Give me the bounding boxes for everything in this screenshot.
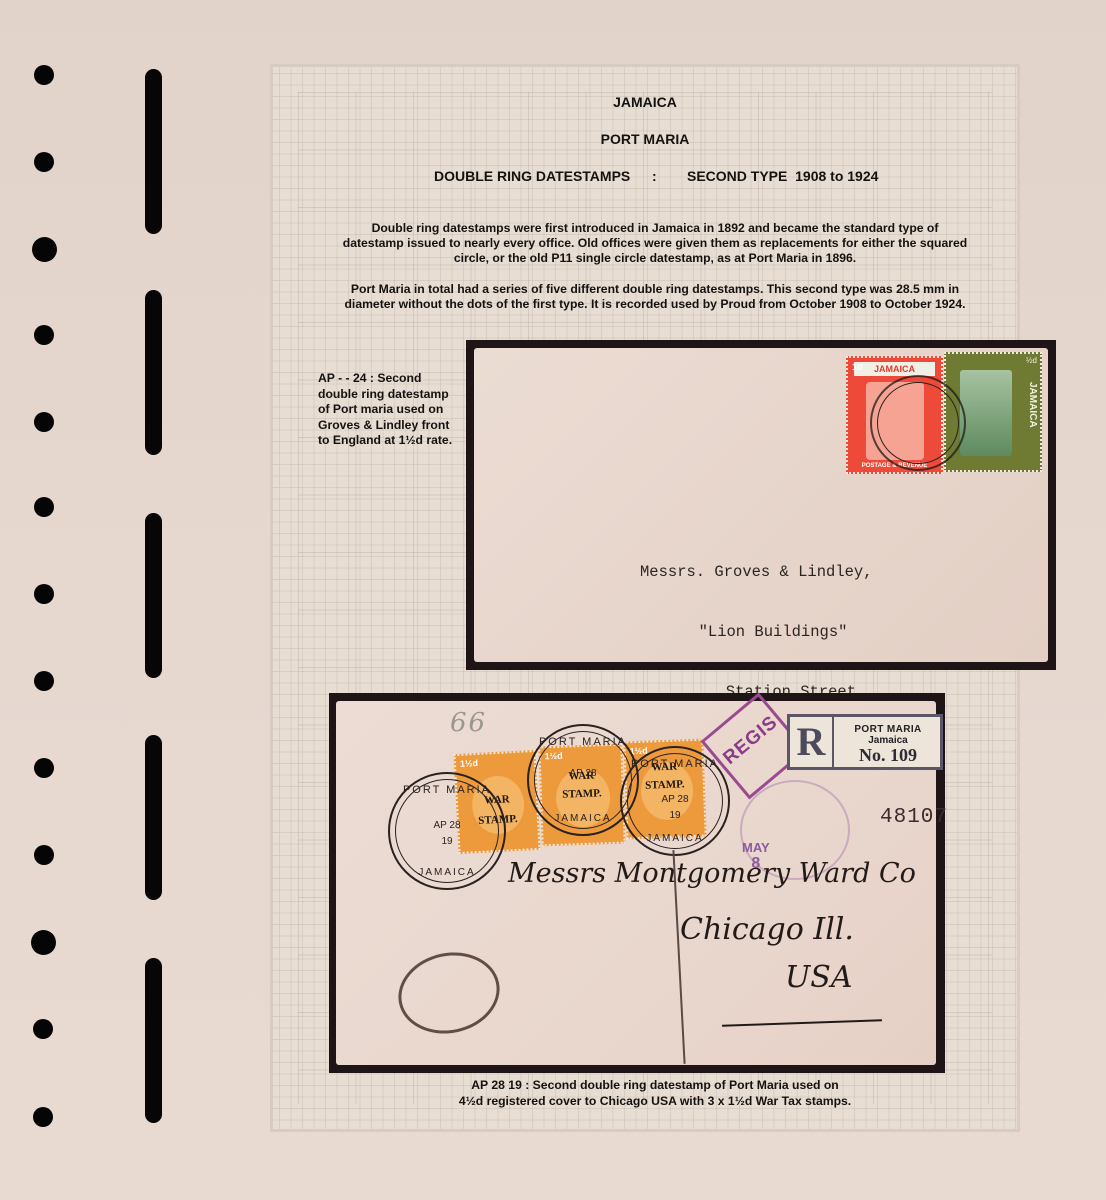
page-subtitle: PORT MARIA (270, 131, 1020, 147)
binder-hole (34, 325, 54, 345)
caption-line: double ring datestamp (318, 387, 478, 403)
caption-line: Groves & Lindley front (318, 418, 478, 434)
postmark (870, 375, 966, 471)
binder-slot (145, 69, 162, 234)
binder-hole (34, 497, 54, 517)
postmark-country: JAMAICA (622, 833, 728, 844)
page-title: JAMAICA (270, 94, 1020, 110)
binder-hole (34, 845, 54, 865)
postmark-date: AP 28 (529, 768, 637, 779)
stamp-value: 1½d (460, 758, 479, 769)
binder-hole (34, 65, 54, 85)
binder-hole (31, 930, 56, 955)
stamp-vignette (960, 370, 1012, 456)
stamp-country: JAMAICA (1027, 382, 1038, 428)
item2-caption: AP 28 19 : Second double ring datestamp … (350, 1078, 960, 1109)
binder-slot (145, 735, 162, 900)
section-heading-left: DOUBLE RING DATESTAMPS (434, 168, 630, 184)
binder-hole (34, 412, 54, 432)
address-line: Messrs. Groves & Lindley, (640, 562, 873, 582)
caption-line: of Port maria used on (318, 402, 478, 418)
registration-letter: R (790, 717, 834, 767)
album-page: JAMAICA PORT MARIA DOUBLE RING DATESTAMP… (0, 0, 1106, 1200)
handstamp-text: REGIS (719, 712, 782, 770)
binder-slot (145, 513, 162, 678)
binder-hole (33, 1019, 53, 1039)
binder-hole (34, 584, 54, 604)
binder-hole (33, 1107, 53, 1127)
binder-slot (145, 958, 162, 1123)
item2-address-line: Messrs Montgomery Ward Co (508, 858, 916, 889)
caption-line: to England at 1½d rate. (318, 433, 478, 449)
double-ring-postmark: PORT MARIA AP 28 19 JAMAICA (620, 746, 730, 856)
registration-office: PORT MARIA (836, 724, 940, 735)
postmark-date: AP 28 (622, 794, 728, 805)
postmark-date: AP 28 (390, 820, 504, 831)
section-heading-separator: : (652, 168, 657, 184)
postmark-office: PORT MARIA (622, 758, 728, 770)
postmark-year: 19 (622, 810, 728, 821)
item2-address-line: Chicago Ill. (680, 912, 854, 947)
intro-paragraph-2: Port Maria in total had a series of five… (340, 282, 970, 312)
section-heading-right: SECOND TYPE 1908 to 1924 (687, 168, 878, 184)
address-line: "Lion Buildings" (640, 622, 873, 642)
stamp-country: JAMAICA (854, 362, 935, 376)
item2-address-line: USA (785, 960, 853, 995)
intro-paragraph-1: Double ring datestamps were first introd… (340, 221, 970, 267)
binder-slot (145, 290, 162, 455)
caption-line: AP 28 19 : Second double ring datestamp … (350, 1078, 960, 1094)
item1-caption: AP - - 24 : Second double ring datestamp… (318, 371, 478, 449)
caption-line: 4½d registered cover to Chicago USA with… (350, 1094, 960, 1110)
binder-hole (34, 758, 54, 778)
registration-label: R PORT MARIA Jamaica No. 109 (787, 714, 943, 770)
postmark-year: 19 (390, 836, 504, 847)
registration-number: No. 109 (836, 745, 940, 766)
binder-hole (34, 671, 54, 691)
pencil-note: 66 (450, 708, 487, 738)
caption-line: AP - - 24 : Second (318, 371, 478, 387)
binder-hole (34, 152, 54, 172)
stamp-value: ½d (1026, 356, 1037, 365)
binder-hole (32, 237, 57, 262)
number-mark: 48107 (880, 806, 948, 829)
postmark-office: PORT MARIA (390, 784, 504, 796)
double-ring-postmark: PORT MARIA AP 28 19 JAMAICA (388, 772, 506, 890)
postmark-office: PORT MARIA (529, 736, 637, 748)
postmark-country: JAMAICA (390, 867, 504, 878)
stamp-value: 1d (852, 362, 863, 372)
